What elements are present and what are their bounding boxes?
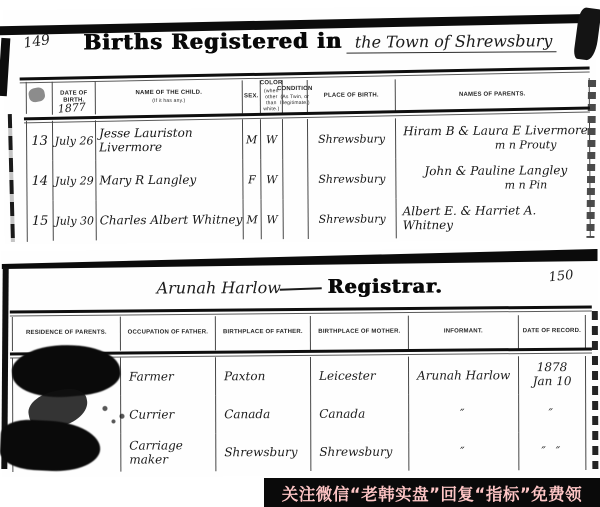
cell-informant: Arunah Harlow [409, 356, 519, 394]
col-condition: CONDITION(As Twin, or Illegitimate.) [283, 80, 308, 113]
cell-sex: M [243, 119, 261, 159]
cell-child-name: Charles Albert Whitney [97, 199, 244, 240]
parents-maiden-name: m n Prouty [495, 138, 557, 152]
scan-binding-holes [592, 311, 599, 469]
col-occupation-of-father: OCCUPATION OF FATHER. [121, 316, 216, 350]
cell-date: July 30 [54, 200, 97, 240]
cell-record-ditto: ″ ″ [519, 432, 586, 470]
cell-mother-birthplace: Shrewsbury [311, 433, 409, 471]
wechat-promo-watermark: 关注微信“老韩实盘”回复“指标”免费领 [264, 478, 600, 507]
cell-occupation: Currier [121, 395, 216, 433]
cell-occupation: Farmer [121, 357, 216, 395]
cell-informant-ditto: ″ [409, 432, 519, 470]
births-table-body: 13 July 26 Jesse Lauriston Livermore M W… [26, 117, 591, 242]
col-place-of-birth: PLACE OF BIRTH. [308, 79, 396, 112]
scan-streak-left [8, 114, 15, 242]
parents-names: John & Pauline Langley [424, 163, 567, 178]
registrar-heading: Arunah Harlow Registrar. [2, 275, 598, 299]
cell-parents: Hiram B & Laura E Livermore m n Prouty [396, 117, 590, 158]
cell-record-date: 1878 Jan 10 [519, 356, 586, 394]
record-year: 1878 [537, 361, 568, 375]
cell-sex: F [243, 159, 261, 199]
registrar-sheet: 150 Arunah Harlow Registrar. RESIDENCE O… [2, 249, 599, 477]
cell-entry-number: 14 [27, 161, 53, 201]
handwritten-year: 1877 [57, 101, 86, 116]
col-label: DATE OF RECORD. [523, 328, 581, 336]
cell-parents: John & Pauline Langley m n Pin [396, 157, 590, 198]
title-printed: Births Registered in [83, 28, 342, 55]
cell-place: Shrewsbury [309, 198, 397, 239]
page-number: 149 [22, 32, 51, 52]
col-date-of-record: DATE OF RECORD. [519, 315, 586, 349]
title-handwritten: the Town of Shrewsbury [347, 31, 557, 53]
cell-color: W [261, 119, 283, 159]
watermark-text: 关注微信“老韩实盘”回复“指标”免费领 [282, 481, 582, 505]
parents-maiden-name: m n Pin [505, 178, 548, 191]
cell-sex: M [244, 199, 262, 239]
cell-entry-number: 15 [28, 201, 54, 241]
col-label: BIRTHPLACE OF MOTHER. [318, 329, 400, 337]
registrar-signature: Arunah Harlow [157, 278, 281, 297]
scan-edge-top [2, 249, 598, 273]
cell-father-birthplace: Paxton [216, 357, 311, 395]
col-label: OCCUPATION OF FATHER. [128, 330, 209, 338]
ink-smudge [28, 87, 46, 104]
registrar-table-header: RESIDENCE OF PARENTS. OCCUPATION OF FATH… [12, 315, 586, 351]
cell-informant-ditto: ″ [409, 394, 519, 432]
cell-place: Shrewsbury [308, 158, 396, 199]
col-birthplace-of-father: BIRTHPLACE OF FATHER. [216, 316, 311, 350]
cell-parents: Albert E. & Harriet A. Whitney [397, 197, 591, 238]
cell-mother-birthplace: Leicester [311, 357, 409, 395]
col-label: SEX. [244, 93, 259, 101]
cell-color: W [261, 159, 283, 199]
cell-date: July 26 [53, 120, 96, 160]
cell-date: July 29 [53, 160, 96, 200]
col-entry-number [27, 82, 53, 115]
ink-speckles [98, 401, 132, 427]
col-label: NAMES OF PARENTS. [459, 91, 526, 99]
col-label: INFORMANT. [444, 329, 483, 337]
col-informant: INFORMANT. [409, 315, 519, 349]
sheet-title: Births Registered in the Town of Shrewsb… [83, 26, 523, 54]
cell-mother-birthplace: Canada [311, 395, 409, 433]
col-birthplace-of-mother: BIRTHPLACE OF MOTHER. [311, 316, 409, 350]
births-register-sheet: 149 Births Registered in the Town of Shr… [3, 6, 597, 244]
col-name-of-child: NAME OF THE CHILD.(If it has any.) [96, 80, 243, 114]
cell-condition [283, 159, 308, 199]
col-sex: SEX. [243, 80, 261, 113]
parents-names: Albert E. & Harriet A. Whitney [403, 203, 590, 233]
col-sublabel: (As Twin, or Illegitimate.) [280, 94, 310, 107]
cell-occupation: Carriage maker [121, 433, 216, 471]
cell-child-name: Mary R Langley [96, 159, 243, 200]
col-label: RESIDENCE OF PARENTS. [26, 330, 107, 338]
cell-record-ditto: ″ [519, 394, 586, 432]
record-day: Jan 10 [533, 375, 572, 389]
signature-flourish [279, 287, 321, 291]
cell-entry-number: 13 [27, 121, 53, 161]
cell-father-birthplace: Canada [216, 395, 311, 433]
cell-color: W [262, 199, 284, 239]
cell-condition [284, 199, 309, 239]
cell-father-birthplace: Shrewsbury [216, 433, 311, 471]
scan-edge-left [0, 38, 10, 96]
cell-child-name: Jesse Lauriston Livermore [96, 119, 243, 160]
col-sublabel: (If it has any.) [152, 98, 185, 104]
col-label: BIRTHPLACE OF FATHER. [223, 329, 303, 337]
cell-condition [283, 119, 308, 159]
col-label: PLACE OF BIRTH. [324, 92, 379, 100]
registrar-printed-label: Registrar. [328, 276, 443, 298]
parents-names: Hiram B & Laura E Livermore [403, 123, 588, 139]
cell-place: Shrewsbury [308, 118, 396, 159]
